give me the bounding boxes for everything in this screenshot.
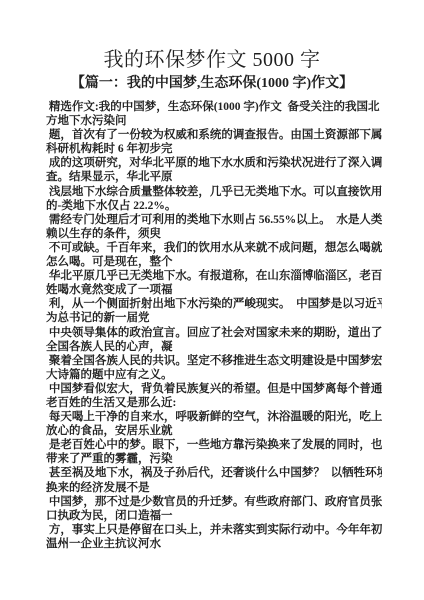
text-line: 中央领导集体的政治宣言。回应了社会对国家未来的期盼，道出了 [46, 326, 382, 340]
text-line: 甚至祸及地下水，祸及子孙后代，还奢谈什么中国梦？ 以牺牲环境 [46, 466, 382, 480]
text-line: 姓喝水竟然变成了一项福 [46, 283, 382, 297]
text-line: 大诗篇的题中应有之义。 [46, 368, 382, 382]
text-line: 口执政为民，闭口造福一 [46, 509, 382, 523]
text-line: 方地下水污染问 [46, 114, 382, 128]
text-line: 查。结果显示，华北平原 [46, 170, 382, 184]
document-page: 我的环保梦作文 5000 字 【篇一：我的中国梦,生态环保(1000 字)作文】… [0, 0, 424, 600]
text-line: 华北平原几乎已无类地下水。有报道称，在山东淄博临淄区，老百 [46, 269, 382, 283]
section-heading: 【篇一：我的中国梦,生态环保(1000 字)作文】 [0, 75, 424, 93]
text-line: 是老百姓心中的梦。眼下，一些地方靠污染换来了发展的同时，也 [46, 438, 382, 452]
text-line: 浅层地下水综合质量整体较差，几乎已无类地下水。可以直接饮用 [46, 185, 382, 199]
text-line: 利，从一个侧面折射出地下水污染的严峻现实。 中国梦是以习近平 [46, 297, 382, 311]
text-line: 中国梦看似宏大，背负着民族复兴的希望。但是中国梦离每个普通 [46, 382, 382, 396]
text-line: 放心的食品，安居乐业就 [46, 424, 382, 438]
text-line: 怎么喝。可是现在，整个 [46, 255, 382, 269]
text-line: 为总书记的新一届党 [46, 311, 382, 325]
text-line: 科研机构耗时 6 年初步完 [46, 142, 382, 156]
article-body: 精选作文:我的中国梦，生态环保(1000 字)作文 备受关注的我国北方地下水污染… [46, 100, 382, 551]
text-line: 的-类地下水仅占 22.2%。 [46, 199, 382, 213]
text-line: 赖以生存的条件，须臾 [46, 227, 382, 241]
text-line: 带来了严重的雾霾，污染 [46, 452, 382, 466]
text-line: 老百姓的生活又是那么近: [46, 396, 382, 410]
page-title: 我的环保梦作文 5000 字 [0, 47, 424, 73]
text-line: 每天喝上干净的自来水，呼吸新鲜的空气，沐浴温暖的阳光，吃上 [46, 410, 382, 424]
text-line: 题，首次有了一份较为权威和系统的调查报告。由国土资源部下属 [46, 128, 382, 142]
text-line: 需经专门处理后才可利用的类地下水则占 56.55%以上。 水是人类 [46, 213, 382, 227]
text-line: 聚着全国各族人民的共识。坚定不移推进生态文明建设是中国梦宏 [46, 354, 382, 368]
text-line: 温州一企业主抗议河水 [46, 537, 382, 551]
text-line: 全国各族人民的心声，凝 [46, 340, 382, 354]
text-line: 中国梦，那不过是少数官员的升迁梦。有些政府部门、政府官员张 [46, 495, 382, 509]
text-line: 不可或缺。千百年来，我们的饮用水从来就不成问题，想怎么喝就 [46, 241, 382, 255]
text-line: 精选作文:我的中国梦，生态环保(1000 字)作文 备受关注的我国北 [46, 100, 382, 114]
text-line: 成的这项研究，对华北平原的地下水水质和污染状况进行了深入调 [46, 156, 382, 170]
text-line: 换来的经济发展不是 [46, 481, 382, 495]
text-line: 方，事实上只是停留在口头上，并未落实到实际行动中。今年年初， [46, 523, 382, 537]
